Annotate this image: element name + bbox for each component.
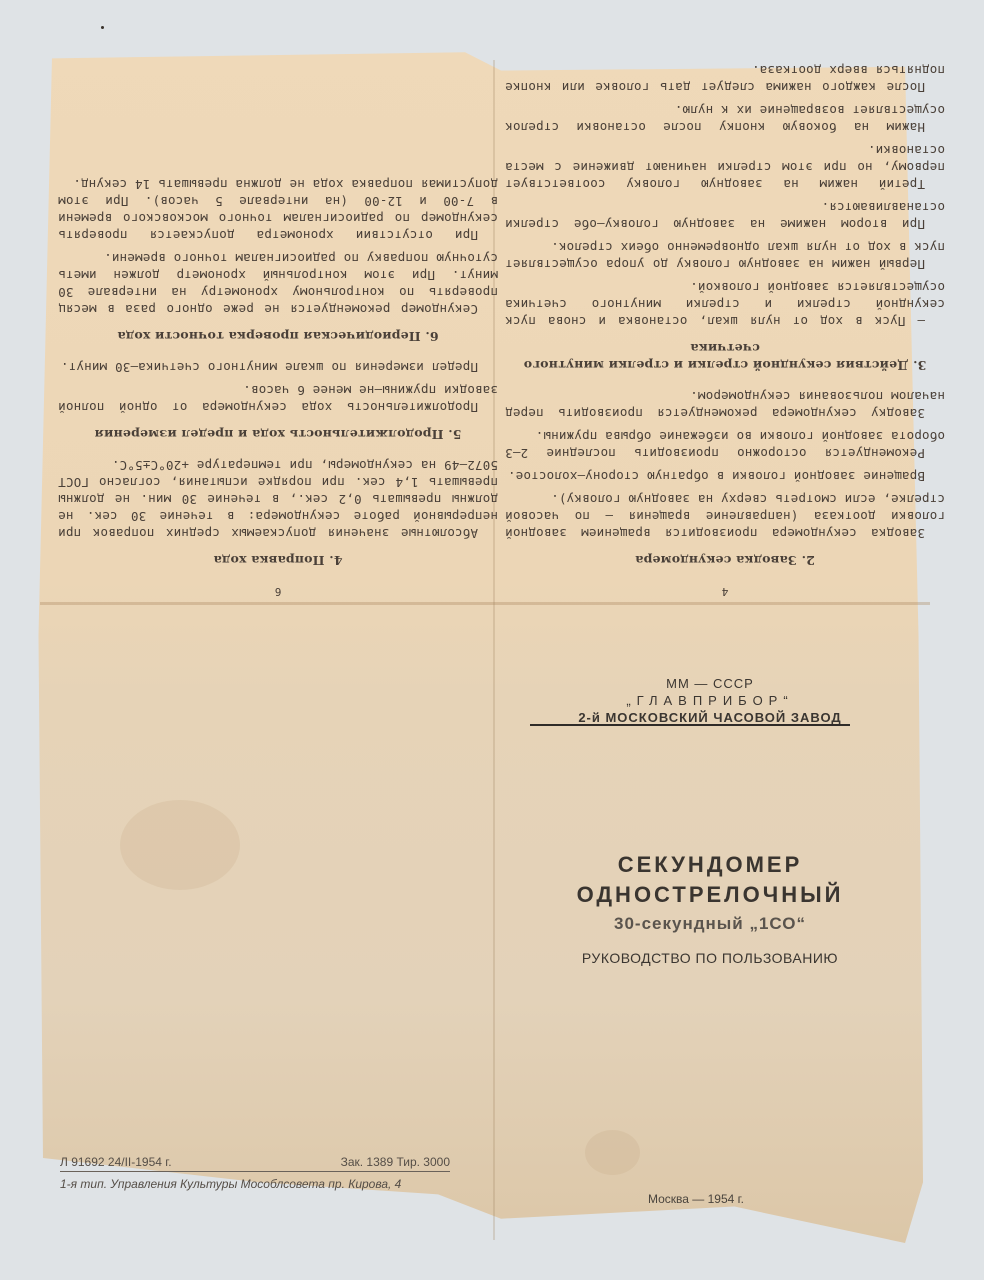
horizontal-fold bbox=[40, 602, 930, 605]
paragraph: Третий нажим на заводную головку соответ… bbox=[505, 142, 945, 193]
print-info: Л 91692 24/II-1954 г. Зак. 1389 Тир. 300… bbox=[60, 1155, 450, 1191]
order-run: Зак. 1389 Тир. 3000 bbox=[341, 1155, 450, 1169]
document-type: РУКОВОДСТВО ПО ПОЛЬЗОВАНИЮ bbox=[560, 950, 860, 966]
paragraph: Секундомер рекомендуется не реже одного … bbox=[58, 250, 498, 318]
page-6-upside-down: 6 4. Поправка хода Абсолютные значения д… bbox=[58, 60, 498, 600]
paragraph: Вращение заводной головки в обратную сто… bbox=[505, 468, 945, 485]
cover-title: СЕКУНДОМЕР ОДНОСТРЕЛОЧНЫЙ 30-секундный „… bbox=[560, 850, 860, 966]
paragraph: Первый нажим на заводную головку до упор… bbox=[505, 239, 945, 273]
page-number: 6 bbox=[58, 583, 498, 600]
section-heading: 5. Продолжительность хода и предел измер… bbox=[58, 426, 498, 443]
paragraph: Заводка секундомера производится вращени… bbox=[505, 491, 945, 542]
subtitle: 30-секундный „1СО“ bbox=[560, 914, 860, 934]
paragraph: При втором нажиме на заводную головку—об… bbox=[505, 199, 945, 233]
printer-address: 1-я тип. Управления Культуры Мособлсовет… bbox=[60, 1177, 450, 1191]
paragraph: Нажим на боковую кнопку после остановки … bbox=[505, 102, 945, 136]
page-4-upside-down: 4 2. Заводка секундомера Заводка секундо… bbox=[505, 60, 945, 600]
section-heading: 2. Заводка секундомера bbox=[505, 552, 945, 569]
title-line-1: СЕКУНДОМЕР bbox=[560, 850, 860, 880]
ministry: ММ — СССР bbox=[560, 675, 860, 692]
section-heading: 4. Поправка хода bbox=[58, 552, 498, 569]
paragraph: Рекомендуется осторожно производить посл… bbox=[505, 428, 945, 462]
license-number: Л 91692 24/II-1954 г. bbox=[60, 1155, 172, 1169]
water-stain bbox=[585, 1130, 640, 1175]
title-line-2: ОДНОСТРЕЛОЧНЫЙ bbox=[560, 880, 860, 910]
section-heading: 6. Периодическая проверка точности хода bbox=[58, 328, 498, 345]
paragraph: Продолжительность хода секундомера от од… bbox=[58, 382, 498, 416]
paragraph: Заводку секундомера рекомендуется произв… bbox=[505, 388, 945, 422]
paragraph: После каждого нажима следует дать головк… bbox=[505, 62, 945, 96]
city-year: Москва — 1954 г. bbox=[648, 1192, 744, 1206]
publisher-imprint: ММ — СССР „ГЛАВПРИБОР“ 2-й МОСКОВСКИЙ ЧА… bbox=[560, 675, 860, 726]
agency: „ГЛАВПРИБОР“ bbox=[560, 692, 860, 709]
paragraph: При отсутствии хронометра допускается пр… bbox=[58, 176, 498, 244]
paragraph: Предел измерения по шкале минутного счет… bbox=[58, 359, 498, 376]
section-heading: 3. Действия секундной стрелки и стрелки … bbox=[505, 340, 945, 374]
speck bbox=[101, 26, 104, 29]
paragraph: Абсолютные значения допускаемых средних … bbox=[58, 457, 498, 542]
water-stain bbox=[120, 800, 240, 890]
paragraph: — Пуск в ход от нуля шкал, остановка и с… bbox=[505, 279, 945, 330]
page-number: 4 bbox=[505, 583, 945, 600]
imprint-rule bbox=[530, 724, 850, 726]
